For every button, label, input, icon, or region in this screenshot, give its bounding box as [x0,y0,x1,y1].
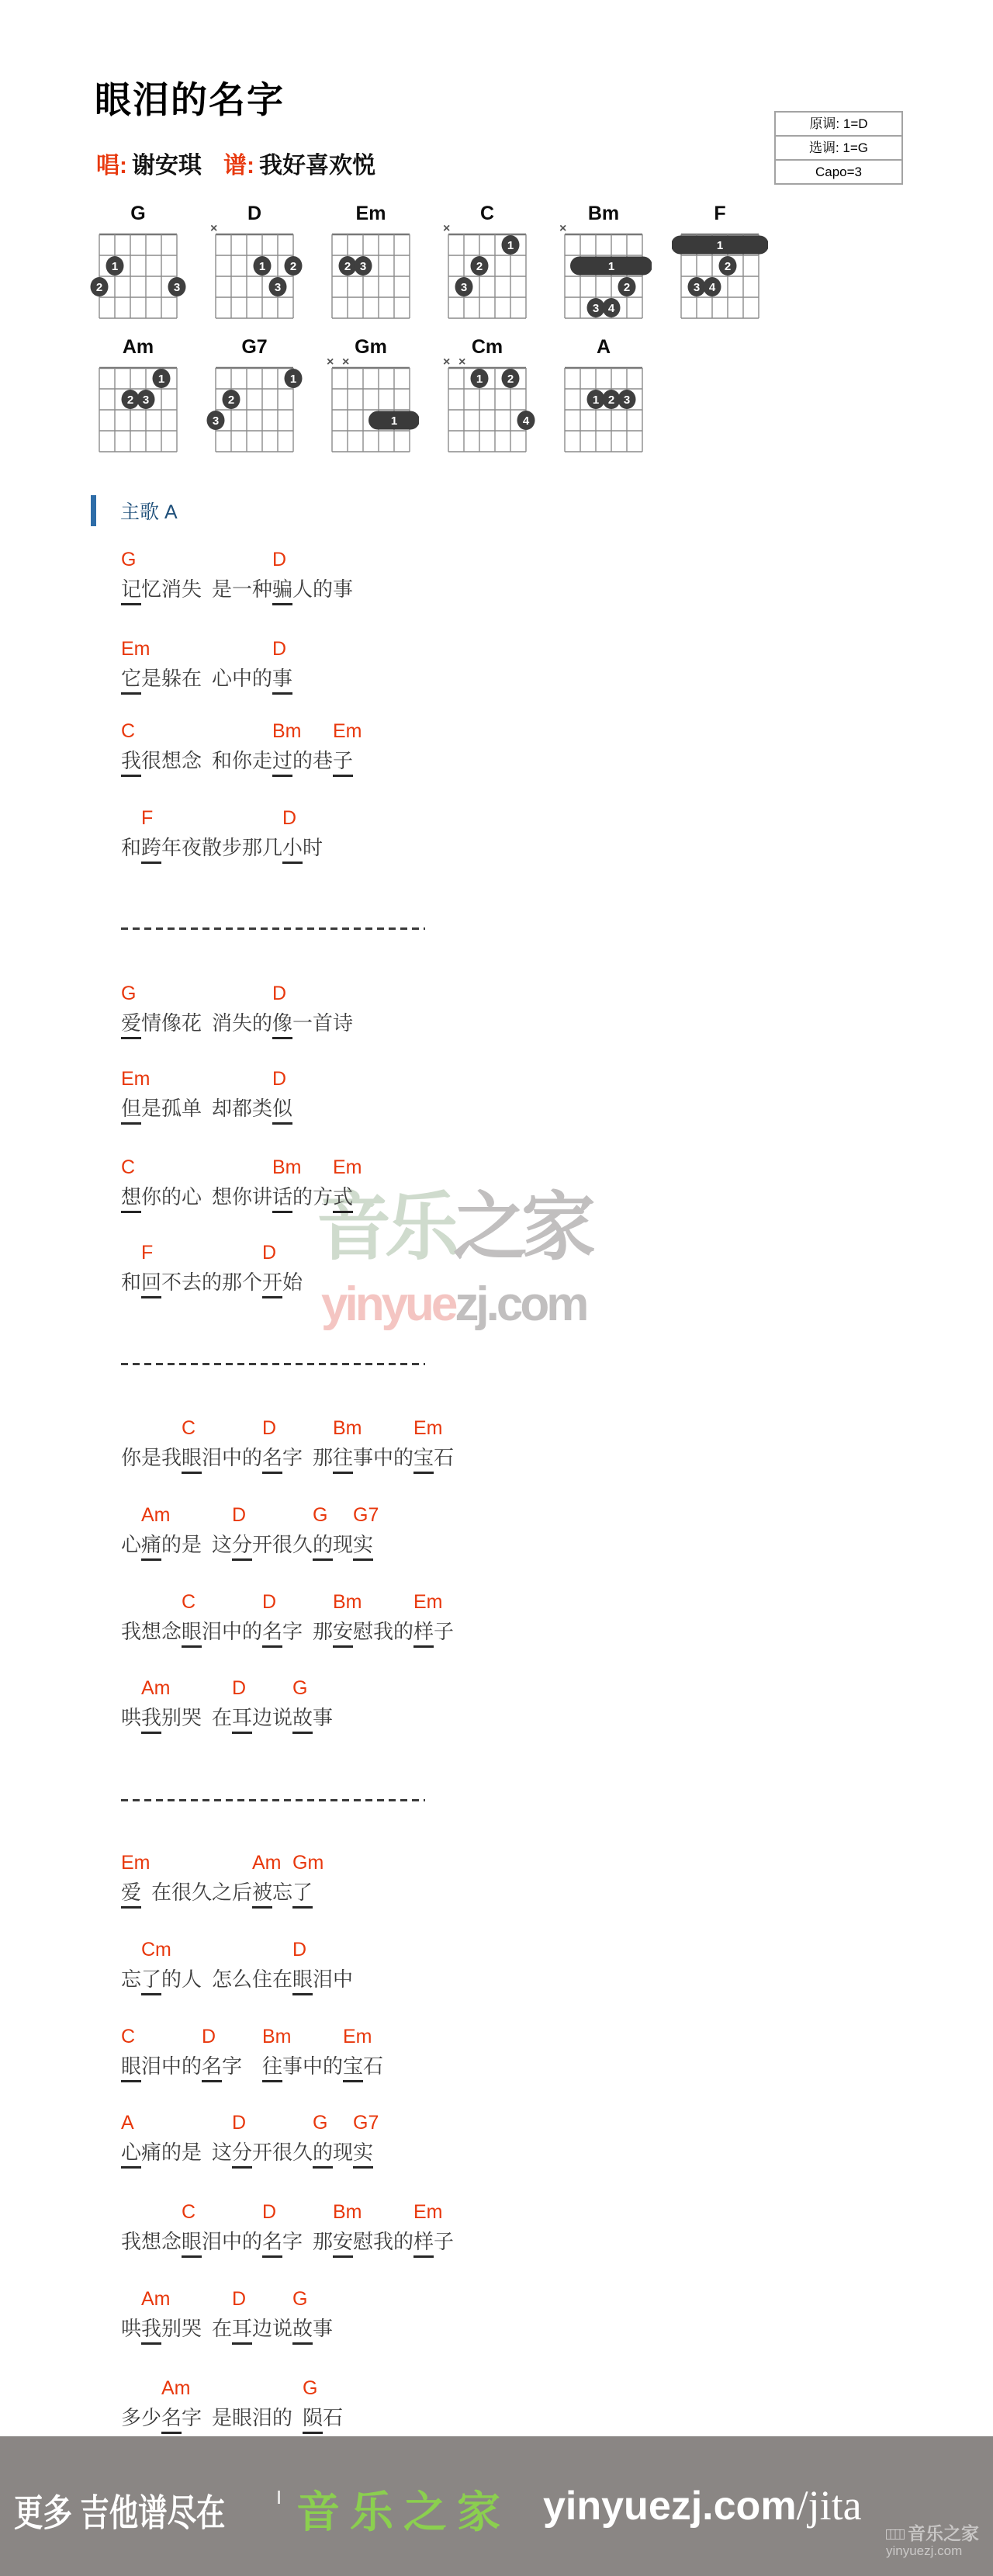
lyric-text: 爱情像花 消失的像一首诗 [121,1011,353,1039]
chord-label: D [272,1068,286,1090]
lyric-char: 却 [212,1096,232,1121]
lyric-text: 爱 在很久之后被忘了 [121,1880,313,1909]
lyric-char [202,1705,212,1730]
lyric-char: 很 [141,748,161,773]
lyric-char: 像 [161,1011,182,1035]
lyric-char: 久 [292,1532,313,1557]
section-accent-bar [91,495,96,526]
lyric-char: 种 [252,577,272,602]
svg-text:2: 2 [476,260,483,273]
muted-string-x-icon: × [443,222,450,235]
lyric-char: 很 [272,1532,292,1557]
lyric-char: 爱 [121,1880,141,1909]
chord-diagram-row-2: Am123G7123Gm××1Cm××124A123 [90,332,652,455]
footer-divider [278,2491,280,2504]
lyric-char: 后 [232,1880,252,1905]
lyric-char: 跨 [141,835,161,864]
lyric-char [202,1096,212,1121]
lyric-char: 的 [242,1445,262,1470]
chord-label: C [121,1156,135,1179]
lyric-char: 的 [323,2054,343,2078]
chord-label: G [121,549,136,571]
lyric-char: 眼 [182,1619,202,1648]
lyric-char: 往 [333,1445,353,1474]
chord-label: G [292,1677,307,1700]
lyric-char: 夜 [182,835,202,860]
footer-url-suffix: /jita [797,2482,862,2529]
lyric-line: FD和跨年夜散步那几小时 [121,807,323,864]
lyric-char: 哄 [121,2316,141,2341]
lyric-char: 的 [393,2229,413,2254]
svg-text:1: 1 [290,373,296,386]
lyric-char: 我 [161,1445,182,1470]
watermark-url-pink: yinyue [321,1278,455,1331]
lyric-char: 那 [313,1445,333,1470]
lyric-char [292,2405,303,2430]
lyric-char: 子 [434,2229,454,2254]
lyric-char: 我 [373,2229,393,2254]
chord-label: C [121,2026,135,2048]
lyric-char: 么 [232,1967,252,1992]
lyric-char: 在 [182,666,202,691]
chord-diagram-Cm: Cm××124 [439,332,535,455]
chord-label: Em [343,2026,372,2048]
lyric-line: EmD但是孤单 却都类似 [121,1068,292,1125]
svg-text:3: 3 [624,394,630,407]
chord-row: GD [121,983,353,1007]
footer-url-main: yinyuezj.com [543,2484,797,2529]
lyric-char: 的 [252,1011,272,1035]
lyric-char: 年 [161,835,182,860]
muted-string-x-icon: × [443,355,450,369]
lyric-char: 事 [353,1445,373,1470]
lyric-char [242,2054,252,2078]
watermark-url: yinyuezj.com [321,1278,590,1332]
chord-row: EmAmGm [121,1852,313,1877]
lyric-char: 首 [313,1011,333,1035]
lyric-char: 在 [151,1880,171,1905]
chord-label: Am [141,2288,171,2311]
chord-label: D [282,807,296,830]
lyric-char: 是 [182,1532,202,1557]
lyric-char: 事 [272,666,292,695]
chord-diagram-G7: G7123 [206,332,303,455]
chord-row: AmDG [121,1677,333,1702]
vocal-name: 谢安琪 [132,153,202,179]
lyric-char: 的 [313,1532,333,1561]
lyric-char: 泪 [202,1619,222,1644]
lyric-char: 名 [161,2405,182,2434]
svg-text:1: 1 [717,239,723,252]
lyric-char: 现 [333,2140,353,2165]
score-label: 谱: [223,153,254,179]
chord-label: G [303,2377,317,2400]
lyric-char: 一 [232,577,252,602]
lyric-char: 念 [161,2229,182,2254]
lyric-char: 那 [313,2229,333,2254]
lyric-char: 忆 [141,577,161,602]
lyric-line: CBmEm我很想念 和你走过的巷子 [121,720,353,777]
chord-diagram-name: Gm [355,336,387,358]
lyric-char: 单 [182,1096,202,1121]
lyric-char: 想 [141,1619,161,1644]
lyric-char: 安 [333,2229,353,2258]
lyric-char: 边 [252,2316,272,2341]
lyric-text: 和回不去的那个开始 [121,1270,303,1298]
chord-label: D [272,638,286,660]
muted-string-x-icon: × [210,222,217,235]
watermark-brand: 音乐之家 [317,1189,590,1267]
lyric-char: 心 [212,666,232,691]
lyric-char [202,2140,212,2165]
chord-diagram-name: Cm [472,336,503,358]
chord-label: G7 [353,2112,379,2134]
lyric-char: 耳 [232,1705,252,1734]
lyric-char: 之 [212,1880,232,1905]
lyric-line: AmDG哄我别哭 在耳边说故事 [121,1677,333,1734]
lyric-char: 散 [202,835,222,860]
lyric-char: 中 [333,1967,353,1992]
lyric-char: 我 [141,1705,161,1734]
lyric-char: 字 [182,2405,202,2430]
lyric-char: 失 [232,1011,252,1035]
chord-label: D [202,2026,216,2048]
lyric-char: 去 [182,1270,202,1295]
svg-text:1: 1 [593,394,599,407]
lyric-char: 巷 [313,748,333,773]
key-info-selected: 选调: 1=G [776,135,901,159]
lyric-char: 事 [282,2054,303,2078]
chord-label: D [262,1242,276,1264]
lyric-char: 的 [292,748,313,773]
lyric-char: 泪 [252,2405,272,2430]
lyric-char: 是 [182,2140,202,2165]
lyric-char: 方 [313,1184,333,1209]
lyric-char: 心 [121,1532,141,1557]
vocal-label: 唱: [96,153,127,179]
chord-diagram-Gm: Gm××1 [323,332,419,455]
lyric-char [303,1619,313,1644]
lyric-char: 泪 [202,1445,222,1470]
lyric-char: 开 [252,1532,272,1557]
svg-text:2: 2 [96,281,102,294]
lyric-char: 的 [161,1967,182,1992]
lyric-char: 忘 [272,1880,292,1905]
watermark-brand-gray: 之家 [453,1186,590,1269]
muted-string-x-icon: × [458,355,465,369]
lyric-char: 的 [242,1619,262,1644]
lyric-char: 心 [182,1184,202,1209]
chord-diagram-name: Em [356,203,386,224]
lyric-line: EmD它是躲在 心中的事 [121,638,292,695]
lyric-text: 眼泪中的名字 往事中的宝石 [121,2054,383,2082]
lyric-char: 我 [141,2316,161,2345]
footer-url-link[interactable]: yinyuezj.com/jita [543,2481,862,2529]
lyric-char: 陨 [303,2405,323,2434]
lyric-char: 诗 [333,1011,353,1035]
chord-label: Bm [333,2201,362,2224]
lyric-char: 是 [141,1445,161,1470]
chord-row: CBmEm [121,1156,353,1181]
lyric-text: 我想念眼泪中的名字 那安慰我的样子 [121,2229,454,2258]
lyric-char: 那 [222,1270,242,1295]
lyric-char: 实 [353,1532,373,1561]
chord-diagram-C: C×123 [439,199,535,321]
lyric-char: 别 [161,2316,182,2341]
lyric-char [202,2405,212,2430]
chord-label: Em [121,638,151,660]
chord-label: D [232,1677,246,1700]
lyric-line: EmAmGm爱 在很久之后被忘了 [121,1852,313,1909]
lyric-char: 的 [292,1184,313,1209]
lyric-char: 我 [121,748,141,777]
lyric-char: 的 [252,666,272,691]
lyric-char: 中 [222,1619,242,1644]
chord-label: F [141,1242,153,1264]
lyric-text: 我很想念 和你走过的巷子 [121,748,353,777]
svg-text:3: 3 [143,394,149,407]
lyric-char: 和 [121,1270,141,1295]
lyric-line: FD和回不去的那个开始 [121,1242,303,1298]
artist-line: 唱:谢安琪谱:我好喜欢悦 [96,146,375,180]
lyric-line: CDBmEm眼泪中的名字 往事中的宝石 [121,2026,383,2082]
svg-text:1: 1 [608,260,614,273]
svg-text:2: 2 [725,260,731,273]
lyric-char: 慰 [353,2229,373,2254]
footer-watermark-url: yinyuezj.com [886,2543,979,2559]
lyric-char: 中 [161,2054,182,2078]
lyric-text: 哄我别哭 在耳边说故事 [121,2316,333,2345]
lyric-char [252,2054,262,2078]
lyric-char: 哭 [182,1705,202,1730]
lyric-char: 中 [222,2229,242,2254]
lyric-char: 想 [141,2229,161,2254]
lyric-char: 不 [161,1270,182,1295]
lyric-char [141,1880,151,1905]
lyric-char: 和 [121,835,141,860]
lyric-char: 子 [333,748,353,777]
chord-diagram-F: F1234 [672,199,768,321]
chord-label: G [121,983,136,1005]
svg-text:3: 3 [174,281,180,294]
lyric-char: 别 [161,1705,182,1730]
lyric-char: 心 [121,2140,141,2169]
lyric-char: 你 [121,1445,141,1470]
lyric-char: 的 [313,2140,333,2169]
lyric-char [202,577,212,602]
chord-label: Em [333,720,362,743]
chord-label: Em [333,1156,362,1179]
lyric-char: 名 [202,2054,222,2082]
lyric-char: 你 [141,1184,161,1209]
section-separator [121,1363,425,1365]
guitar-chord-sheet-page: 眼泪的名字 唱:谢安琪谱:我好喜欢悦 原调: 1=D 选调: 1=G Capo=… [0,0,993,2576]
lyric-char: 那 [242,835,262,860]
lyric-char: 开 [262,1270,282,1298]
chord-diagram-name: A [597,336,611,358]
chord-label: C [121,720,135,743]
lyric-char: 样 [413,1619,434,1648]
lyric-char: 中 [232,666,252,691]
lyric-char: 多 [121,2405,141,2430]
chord-label: D [232,2288,246,2311]
score-name: 我好喜欢悦 [259,153,375,179]
lyric-char: 和 [212,748,232,773]
lyric-char: 你 [232,748,252,773]
lyric-char: 泪 [313,1967,333,1992]
lyric-char: 情 [141,1011,161,1035]
lyric-char: 式 [333,1184,353,1213]
lyric-char: 痛 [141,1532,161,1561]
lyric-char: 人 [182,1967,202,1992]
chord-label: D [262,1591,276,1614]
key-info-original: 原调: 1=D [776,113,901,135]
lyric-text: 它是躲在 心中的事 [121,666,292,695]
lyric-char: 了 [292,1880,313,1909]
chord-diagram-name: Am [123,336,154,358]
lyric-char: 这 [212,2140,232,2165]
chord-label: G [313,2112,327,2134]
chord-row: EmD [121,638,292,663]
chord-diagram-D: D×123 [206,199,303,321]
svg-text:4: 4 [608,302,615,315]
svg-text:1: 1 [112,260,118,273]
section-label: 主歌 A [120,497,178,525]
lyric-text: 你是我眼泪中的名字 那往事中的宝石 [121,1445,454,1474]
svg-text:2: 2 [608,394,614,407]
lyric-char: 石 [323,2405,343,2430]
watermark: 音乐之家 yinyuezj.com [317,1189,590,1332]
lyric-char [303,2229,313,2254]
lyric-text: 我想念眼泪中的名字 那安慰我的样子 [121,1619,454,1648]
lyric-char: 那 [313,1619,333,1644]
lyric-char: 是 [141,666,161,691]
lyric-char [202,1011,212,1035]
chord-row: FD [121,807,323,832]
lyric-char: 的 [161,1184,182,1209]
lyric-text: 多少名字 是眼泪的 陨石 [121,2405,343,2434]
lyric-char: 痛 [141,2140,161,2165]
lyric-char: 在 [272,1967,292,1992]
lyric-char: 住 [252,1967,272,1992]
lyric-char: 我 [121,1619,141,1644]
svg-text:2: 2 [228,394,234,407]
lyric-char: 爱 [121,1011,141,1039]
svg-text:3: 3 [593,302,599,315]
lyric-char: 名 [262,1445,282,1474]
footer-banner: 更多 吉他谱尽在 音乐之家 yinyuezj.com/jita 音乐之家 yin… [0,2436,993,2576]
lyric-char: 现 [333,1532,353,1557]
lyric-char [202,748,212,773]
chord-row: AmG [121,2377,343,2402]
lyric-char: 忘 [121,1967,141,1992]
lyric-char: 说 [272,1705,292,1730]
svg-text:2: 2 [344,260,351,273]
chord-label: C [182,2201,195,2224]
lyric-char: 哄 [121,1705,141,1730]
chord-label: Gm [292,1852,324,1874]
lyric-char: 中 [222,1445,242,1470]
lyric-char: 消 [161,577,182,602]
lyric-char: 的 [161,1532,182,1557]
lyric-line: AmDG哄我别哭 在耳边说故事 [121,2288,333,2345]
lyric-char: 记 [121,577,141,605]
chord-row: CDBmEm [121,1591,454,1616]
lyric-char: 宝 [413,1445,434,1474]
chord-label: F [141,807,153,830]
lyric-char: 但 [121,1096,141,1125]
chord-row: FD [121,1242,303,1267]
lyric-char: 走 [252,748,272,773]
key-info-capo: Capo=3 [776,159,901,183]
lyric-char: 泪 [202,2229,222,2254]
chord-label: Em [413,2201,443,2224]
lyric-char [202,2316,212,2341]
lyric-char: 石 [363,2054,383,2078]
chord-label: C [182,1591,195,1614]
lyric-char: 回 [141,1270,161,1298]
chord-label: D [262,1417,276,1440]
svg-text:3: 3 [461,281,467,294]
chord-label: D [232,2112,246,2134]
chord-row: CmD [121,1939,353,1964]
footer-brand: 音乐之家 [296,2478,510,2540]
piano-logo-icon [886,2529,905,2540]
chord-label: Em [121,1852,151,1874]
chord-label: A [121,2112,134,2134]
svg-text:1: 1 [259,260,265,273]
chord-label: D [292,1939,306,1961]
lyric-char: 字 [222,2054,242,2078]
muted-string-x-icon: × [342,355,349,369]
chord-label: G7 [353,1504,379,1527]
chord-row: CBmEm [121,720,353,745]
chord-diagram-row-1: G123D×123Em23C×123Bm×1234F1234 [90,199,768,321]
lyric-text: 想你的心 想你讲话的方式 [121,1184,353,1213]
lyric-text: 哄我别哭 在耳边说故事 [121,1705,333,1734]
lyric-char: 在 [212,1705,232,1730]
chord-diagram-name: F [714,203,725,224]
lyric-char: 久 [292,2140,313,2165]
lyric-char: 个 [242,1270,262,1295]
lyric-char: 几 [262,835,282,860]
lyric-char: 失 [182,577,202,602]
chord-diagram-name: C [480,203,494,224]
lyric-char: 泪 [141,2054,161,2078]
lyric-char: 眼 [121,2054,141,2082]
chord-label: G [313,1504,327,1527]
chord-diagram-name: G7 [241,336,267,358]
footer-watermark: 音乐之家 yinyuezj.com [886,2523,979,2559]
lyric-char: 过 [272,748,292,777]
chord-row: AmDG [121,2288,333,2313]
chord-row: CDBmEm [121,2201,454,2226]
lyric-line: CBmEm想你的心 想你讲话的方式 [121,1156,353,1213]
lyric-char: 往 [262,2054,282,2082]
lyric-char [202,1184,212,1209]
chord-row: CDBmEm [121,2026,383,2051]
lyric-char: 的 [182,2054,202,2078]
lyric-char: 是 [212,2405,232,2430]
lyric-char: 想 [212,1184,232,1209]
chord-label: Bm [333,1591,362,1614]
lyric-char: 字 [282,1445,303,1470]
lyric-char: 的 [393,1619,413,1644]
svg-text:3: 3 [360,260,366,273]
lyric-char: 的 [161,2140,182,2165]
lyric-char [202,666,212,691]
lyric-char: 都 [232,1096,252,1121]
